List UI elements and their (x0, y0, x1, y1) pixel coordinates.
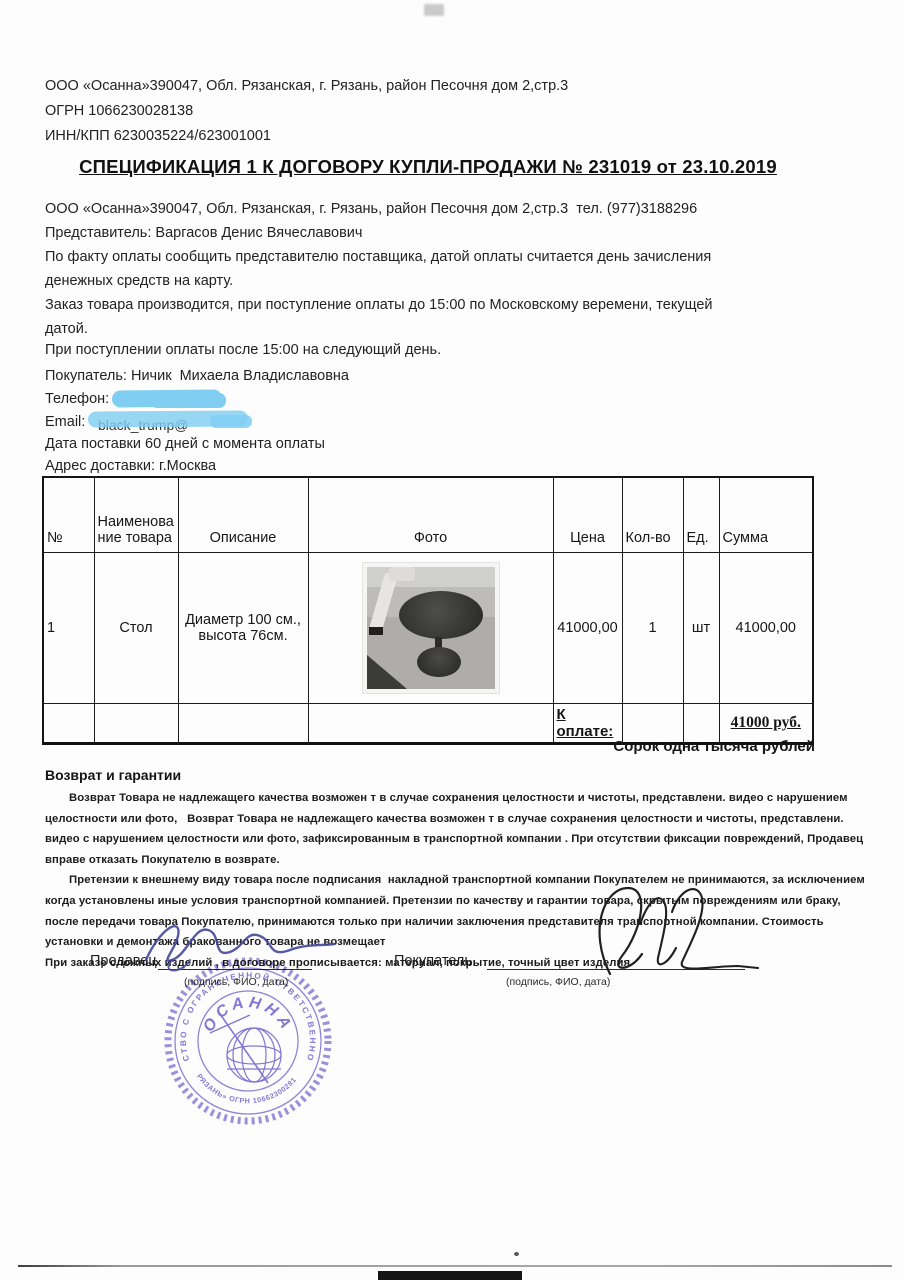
delivery-terms: Дата поставки 60 дней с момента оплаты (45, 436, 325, 452)
header-price: Цена (553, 477, 622, 553)
scan-artifact-top (424, 4, 444, 16)
table-header-row: № Наименова ние товара Описание Фото Цен… (43, 477, 813, 553)
intro-line: денежных средств на карту. (45, 273, 233, 289)
cell-unit: шт (683, 553, 719, 704)
cell-price: 41000,00 (553, 553, 622, 704)
intro-line: Заказ товара производится, при поступлен… (45, 297, 713, 313)
company-stamp: ОБЩЕСТВО С ОГРАНИЧЕННОЙ ОТВЕТСТВЕННОСТЬЮ… (160, 953, 336, 1129)
buyer-signature (576, 878, 766, 984)
scan-artifact-bottom-bar (378, 1271, 522, 1280)
header-number: № (43, 477, 94, 553)
stamp-bottom-text: «РЯЗАНЬ» ОГРН 1066230028138 (195, 1034, 298, 1105)
company-inn-kpp: ИНН/КПП 6230035224/623001001 (45, 128, 271, 144)
warranty-line: видео с нарушением целостности или фото,… (45, 829, 865, 850)
intro-line: При поступлении оплаты после 15:00 на сл… (45, 342, 441, 358)
scan-artifact-dot (514, 1252, 519, 1256)
header-quantity: Кол-во (622, 477, 683, 553)
delivery-address: Адрес доставки: г.Москва (45, 458, 216, 474)
warranty-heading: Возврат и гарантии (45, 767, 181, 783)
scan-artifact-bottom-line (18, 1265, 892, 1267)
header-sum: Сумма (719, 477, 813, 553)
document-title: СПЕЦИФИКАЦИЯ 1 К ДОГОВОРУ КУПЛИ-ПРОДАЖИ … (0, 156, 880, 178)
intro-line: ООО «Осанна»390047, Обл. Рязанская, г. Р… (45, 201, 697, 217)
warranty-line: вправе отказать Покупателю в возврате. (45, 850, 865, 871)
warranty-line: целостности или фото, Возврат Товара не … (45, 809, 865, 830)
company-address: ООО «Осанна»390047, Обл. Рязанская, г. Р… (45, 78, 568, 94)
cell-number: 1 (43, 553, 94, 704)
photo-chair-part (389, 567, 415, 581)
warranty-line: Возврат Товара не надлежащего качества в… (45, 788, 865, 809)
scanned-document: ООО «Осанна»390047, Обл. Рязанская, г. Р… (0, 0, 904, 1280)
company-ogrn: ОГРН 1066230028138 (45, 103, 193, 119)
product-photo (367, 567, 495, 689)
email-label: Email: (45, 414, 85, 430)
product-photo-frame (362, 562, 500, 694)
phone-label: Телефон: (45, 391, 109, 407)
buyer-name: Покупатель: Ничик Михаела Владиславовна (45, 368, 349, 384)
header-photo: Фото (308, 477, 553, 553)
table-data-row: 1 Стол Диаметр 100 см., высота 76см. (43, 553, 813, 704)
specification-table: № Наименова ние товара Описание Фото Цен… (42, 476, 814, 745)
stamp-outer-text: ОБЩЕСТВО С ОГРАНИЧЕННОЙ ОТВЕТСТВЕННОСТЬЮ (179, 971, 317, 1063)
amount-in-words: Сорок одна тысяча рублей (45, 738, 815, 755)
intro-line: По факту оплаты сообщить представителю п… (45, 249, 711, 265)
photo-dark-corner (367, 655, 407, 689)
cell-quantity: 1 (622, 553, 683, 704)
cell-photo (308, 553, 553, 704)
email-redaction-2 (210, 415, 252, 428)
phone-redaction-2 (150, 393, 226, 408)
header-unit: Ед. (683, 477, 719, 553)
header-product-name: Наименова ние товара (94, 477, 178, 553)
photo-table-base (417, 647, 461, 677)
cell-product-name: Стол (94, 553, 178, 704)
intro-line: Представитель: Варгасов Денис Вячеславов… (45, 225, 362, 241)
intro-line: датой. (45, 321, 88, 337)
header-description: Описание (178, 477, 308, 553)
photo-table-top (399, 591, 483, 639)
cell-sum: 41000,00 (719, 553, 813, 704)
buyer-label: Покупатель (394, 953, 472, 969)
cell-description: Диаметр 100 см., высота 76см. (178, 553, 308, 704)
photo-small-object (369, 627, 383, 635)
